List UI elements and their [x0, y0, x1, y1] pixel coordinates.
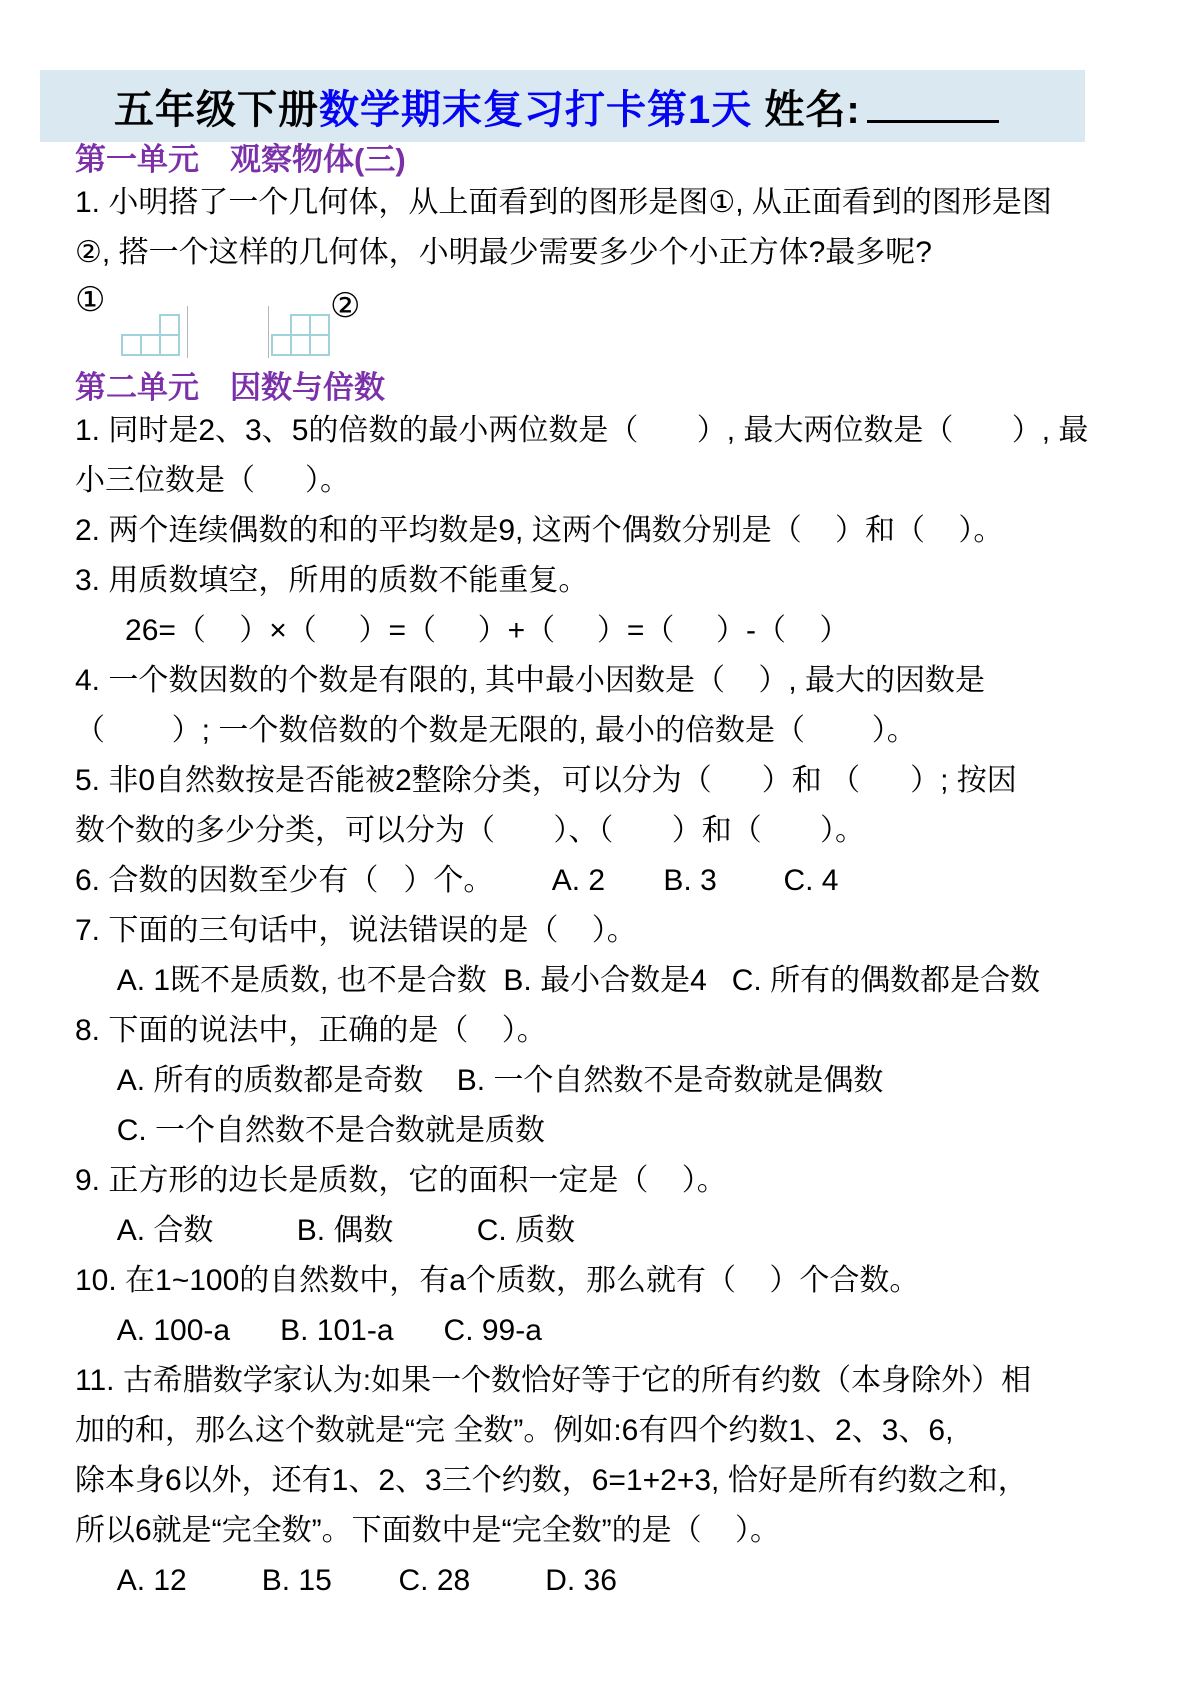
- divider-line-2: [268, 306, 269, 358]
- question-line: 加的和，那么这个数就是“完 全数”。例如:6有四个约数1、2、3、6,: [75, 1406, 1151, 1456]
- section1-question-lines: 1. 小明搭了一个几何体，从上面看到的图形是图①, 从正面看到的图形是图②, 搭…: [75, 178, 1151, 278]
- section1-heading: 第一单元 观察物体(三): [75, 142, 1151, 178]
- question-line: A. 合数 B. 偶数 C. 质数: [75, 1206, 1151, 1256]
- title-grade-part: 五年级下册: [114, 88, 319, 132]
- question-line: C. 一个自然数不是合数就是质数: [75, 1106, 1151, 1156]
- question-line: 1. 同时是2、3、5的倍数的最小两位数是（ ）, 最大两位数是（ ）, 最: [75, 406, 1151, 456]
- worksheet-page: 五年级下册数学期末复习打卡第1天 姓名: 第一单元 观察物体(三) 1. 小明搭…: [0, 0, 1191, 1684]
- name-label: 姓名:: [752, 88, 860, 132]
- question-line: 2. 两个连续偶数的和的平均数是9, 这两个偶数分别是（ ）和（ ）。: [75, 506, 1151, 556]
- figure2-grid: [271, 314, 335, 359]
- unit-square: [140, 334, 161, 356]
- question-line: 除本身6以外，还有1、2、3三个约数，6=1+2+3, 恰好是所有约数之和，: [75, 1456, 1151, 1506]
- unit-square: [159, 314, 180, 336]
- question-line: 10. 在1~100的自然数中，有a个质数，那么就有（ ）个合数。: [75, 1256, 1151, 1306]
- question-line: 4. 一个数因数的个数是有限的, 其中最小因数是（ ）, 最大的因数是: [75, 656, 1151, 706]
- figure2-label: ②: [330, 286, 360, 326]
- unit-square: [309, 314, 330, 336]
- question-line: 9. 正方形的边长是质数，它的面积一定是（ ）。: [75, 1156, 1151, 1206]
- unit-square: [290, 314, 311, 336]
- question-line: （ ）; 一个数倍数的个数是无限的, 最小的倍数是（ ）。: [75, 706, 1151, 756]
- question-line: A. 100-a B. 101-a C. 99-a: [75, 1306, 1151, 1356]
- question-line: 6. 合数的因数至少有（ ）个。 A. 2 B. 3 C. 4: [75, 856, 1151, 906]
- question-line: 26=（ ）×（ ）=（ ）+（ ）=（ ）-（ ）: [75, 606, 1151, 656]
- question-line: 3. 用质数填空，所用的质数不能重复。: [75, 556, 1151, 606]
- question-line: 数个数的多少分类，可以分为（ ）、（ ）和（ ）。: [75, 806, 1151, 856]
- question-line: A. 所有的质数都是奇数 B. 一个自然数不是奇数就是偶数: [75, 1056, 1151, 1106]
- worksheet-content: 第一单元 观察物体(三) 1. 小明搭了一个几何体，从上面看到的图形是图①, 从…: [75, 142, 1151, 1606]
- title-subject-part: 数学期末复习打卡第1天: [319, 88, 752, 132]
- section2-heading: 第二单元 因数与倍数: [75, 370, 1151, 406]
- figures-row: ① ②: [75, 278, 1151, 370]
- question-line: 1. 小明搭了一个几何体，从上面看到的图形是图①, 从正面看到的图形是图: [75, 178, 1151, 228]
- page-title: 五年级下册数学期末复习打卡第1天 姓名:: [114, 78, 999, 135]
- unit-square: [290, 334, 311, 356]
- question-line: 所以6就是“完全数”。下面数中是“完全数”的是（ ）。: [75, 1506, 1151, 1556]
- figure1-grid: [121, 314, 185, 359]
- unit-square: [121, 334, 142, 356]
- question-line: 11. 古希腊数学家认为:如果一个数恰好等于它的所有约数（本身除外）相: [75, 1356, 1151, 1406]
- worksheet-header: 五年级下册数学期末复习打卡第1天 姓名:: [40, 70, 1085, 142]
- section2-question-lines: 1. 同时是2、3、5的倍数的最小两位数是（ ）, 最大两位数是（ ）, 最小三…: [75, 406, 1151, 1606]
- unit-square: [271, 334, 292, 356]
- question-line: 小三位数是（ ）。: [75, 456, 1151, 506]
- divider-line-1: [187, 306, 188, 358]
- question-line: ②, 搭一个这样的几何体，小明最少需要多少个小正方体?最多呢?: [75, 228, 1151, 278]
- question-line: A. 1既不是质数, 也不是合数 B. 最小合数是4 C. 所有的偶数都是合数: [75, 956, 1151, 1006]
- unit-square: [309, 334, 330, 356]
- question-line: 8. 下面的说法中，正确的是（ ）。: [75, 1006, 1151, 1056]
- question-line: 7. 下面的三句话中，说法错误的是（ ）。: [75, 906, 1151, 956]
- unit-square: [159, 334, 180, 356]
- name-blank-line: [867, 90, 999, 123]
- question-line: 5. 非0自然数按是否能被2整除分类，可以分为（ ）和 （ ）; 按因: [75, 756, 1151, 806]
- figure1-label: ①: [75, 280, 105, 320]
- question-line: A. 12 B. 15 C. 28 D. 36: [75, 1556, 1151, 1606]
